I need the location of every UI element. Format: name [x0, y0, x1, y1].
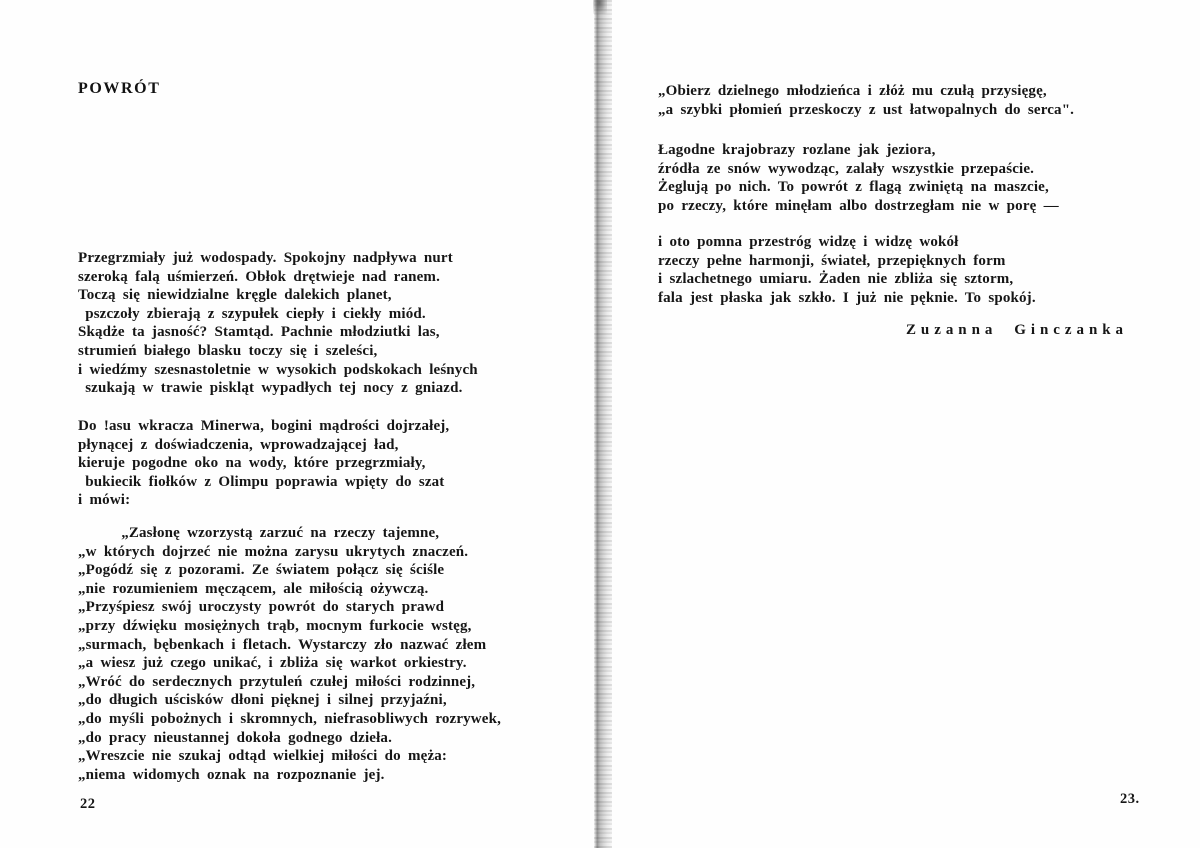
author-signature: Zuzanna Ginczanka — [658, 322, 1128, 339]
poem-line: „Obierz dzielnego młodzieńca i złóż mu c… — [658, 82, 1074, 101]
poem-line: Toczą się niewidzialne kręgle dalekich p… — [78, 286, 478, 305]
poem-line: „a szybki płomień przeskoczy z ust łatwo… — [658, 101, 1074, 120]
poem-line: „Pogódź się z pozorami. Ze światem połąc… — [78, 561, 501, 580]
poem-line: rzeczy pełne harmonji, świateł, przepięk… — [658, 252, 1036, 271]
page-left: POWRÓT Przegrzmiały już wodospady. Spoko… — [0, 0, 595, 848]
poem-line: „Przyśpiesz swój uroczysty powrót do sta… — [78, 598, 501, 617]
poem-line: „Wróć do serdecznych przytuleń czułej mi… — [78, 673, 501, 692]
page-number-left: 22 — [80, 796, 96, 813]
poem-line: szukają w trawie piskląt wypadłych tej n… — [78, 379, 478, 398]
poem-line: „surmach, bębenkach i fletach. Wystarczy… — [78, 636, 501, 655]
poem-line: „przy dźwięku mosiężnych trąb, mocnym fu… — [78, 617, 501, 636]
poem-line: po rzeczy, które minęłam albo dostrzegła… — [658, 197, 1059, 216]
stanza-right-3: i oto pomna przestróg widzę i widzę wokó… — [658, 233, 1036, 307]
poem-line: i mówi: — [78, 491, 449, 510]
poem-line: i oto pomna przestróg widzę i widzę wokó… — [658, 233, 1036, 252]
poem-line: „do pracy nieustannej dokoła godnego dzi… — [78, 729, 501, 748]
poem-line: „w których dojrzeć nie można zarysu ukry… — [78, 543, 501, 562]
poem-line: fala jest płaska jak szkło. I już nie pę… — [658, 289, 1036, 308]
poem-line: „do długich uścisków dłoni pięknej i sil… — [78, 691, 501, 710]
poem-line: płynącej z doświadczenia, wprowadzającej… — [78, 436, 449, 455]
poem-line: „Zasłonę wzorzystą zarzuć na rzeczy taje… — [78, 524, 501, 543]
poem-line: „do myśli pobożnych i skromnych, niefras… — [78, 710, 501, 729]
poem-line: Skądże ta jasność? Stamtąd. Pachnie młod… — [78, 323, 478, 342]
poem-line: „a wiesz już czego unikać, i zbliża się … — [78, 654, 501, 673]
book-gutter-shadow — [594, 0, 612, 848]
poem-line: i wiedźmy szesnastoletnie w wysokich pod… — [78, 361, 478, 380]
poem-line: „Wreszcie nie szukaj odtąd wielkiej miło… — [78, 747, 501, 766]
poem-line: Przegrzmiały już wodospady. Spokojny nad… — [78, 249, 478, 268]
poem-line: Łagodne krajobrazy rozlane jak jeziora, — [658, 141, 1059, 160]
poem-line: Żeglują po nich. To powrót z flagą zwini… — [658, 178, 1059, 197]
page-number-right: 23. — [1120, 791, 1140, 808]
poem-line: kieruje pogodne oko na wody, które przeg… — [78, 454, 449, 473]
poem-line: szeroką falą uśmierzeń. Obłok drętwieje … — [78, 268, 478, 287]
poem-line: „nie rozumieniem męczącem, ale miłością … — [78, 580, 501, 599]
poem-line: i szlachetnego umiaru. Żaden nie zbliża … — [658, 270, 1036, 289]
poem-line: strumień białego blasku toczy się i szel… — [78, 342, 478, 361]
stanza-right-1: „Obierz dzielnego młodzieńca i złóż mu c… — [658, 82, 1074, 119]
page-right: „Obierz dzielnego młodzieńca i złóż mu c… — [612, 0, 1200, 848]
stanza-left-1: Przegrzmiały już wodospady. Spokojny nad… — [78, 249, 478, 398]
poem-title: POWRÓT — [78, 80, 161, 98]
book-spread: POWRÓT Przegrzmiały już wodospady. Spoko… — [0, 0, 1200, 848]
stanza-left-2: Do !asu wkracza Minerwa, bogini mądrości… — [78, 417, 449, 510]
poem-line: pszczoły zbierają z szypułek ciepły i ci… — [78, 305, 478, 324]
poem-line: „niema widomych oznak na rozpoznanie jej… — [78, 766, 501, 785]
stanza-left-3-quoted: „Zasłonę wzorzystą zarzuć na rzeczy taje… — [78, 524, 501, 784]
gutter-top-smudge — [593, 0, 607, 14]
poem-line: źródła ze snów wywodząc, zalały wszystki… — [658, 160, 1059, 179]
stanza-right-2: Łagodne krajobrazy rozlane jak jeziora,ź… — [658, 141, 1059, 215]
poem-line: Do !asu wkracza Minerwa, bogini mądrości… — [78, 417, 449, 436]
poem-line: bukiecik fiołków z Olimpu poprawia wpięt… — [78, 473, 449, 492]
